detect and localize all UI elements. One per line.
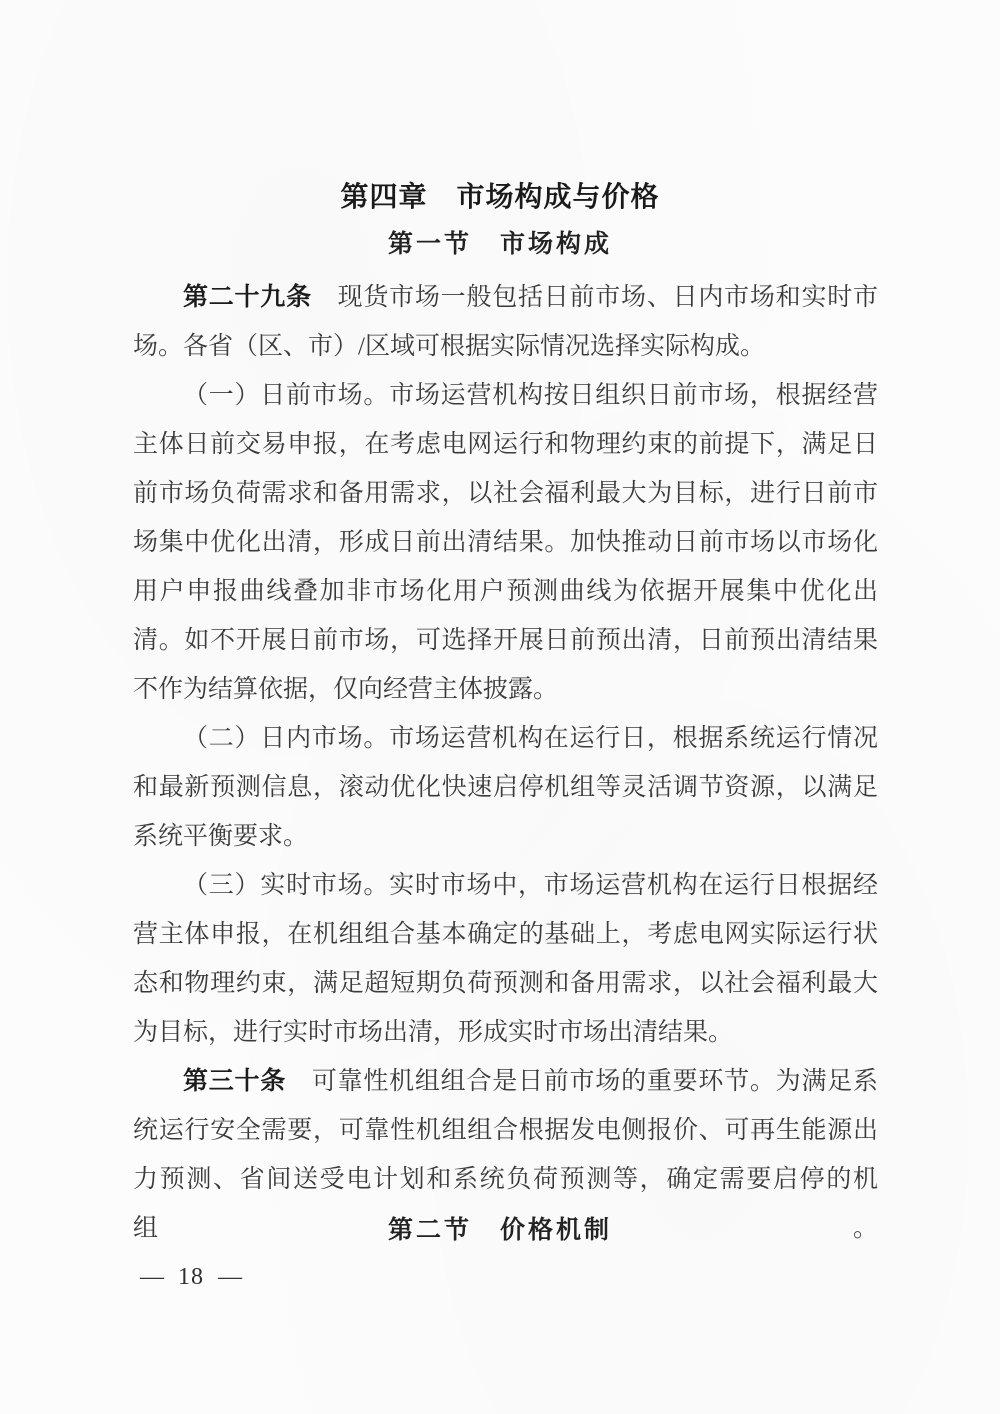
text-line: 第二十九条 现货市场一般包括日前市场、日内市场和实时市 [133,273,878,322]
text-line: 为目标，进行实时市场出清，形成实时市场出清结果。 [133,1008,878,1057]
body-text: 第二十九条 现货市场一般包括日前市场、日内市场和实时市场。各省（区、市）/区域可… [133,273,878,1204]
text-line: 力预测、省间送受电计划和系统负荷预测等，确定需要启停的机组。 [133,1155,878,1204]
text-line: 营主体申报，在机组组合基本确定的基础上，考虑电网实际运行状 [133,910,878,959]
text-line: 系统平衡要求。 [133,812,878,861]
text-line: （三）实时市场。实时市场中，市场运营机构在运行日根据经 [133,861,878,910]
text-line: 第三十条 可靠性机组组合是日前市场的重要环节。为满足系 [133,1057,878,1106]
article-number: 第三十条 [183,1068,286,1095]
text-line: 主体日前交易申报，在考虑电网运行和物理约束的前提下，满足日 [133,420,878,469]
page-number-value: 18 [178,1262,204,1292]
page-number: —18— [140,1262,242,1292]
article-number: 第二十九条 [183,284,312,311]
text-line: （一）日前市场。市场运营机构按日组织日前市场，根据经营 [133,371,878,420]
text-line: 前市场负荷需求和备用需求，以社会福利最大为目标，进行日前市 [133,469,878,518]
text-line: 场。各省（区、市）/区域可根据实际情况选择实际构成。 [133,322,878,371]
text-line: 态和物理约束，满足超短期负荷预测和备用需求，以社会福利最大 [133,959,878,1008]
text-line: 清。如不开展日前市场，可选择开展日前预出清，日前预出清结果 [133,616,878,665]
section-heading-market-composition: 第一节 市场构成 [0,228,1000,262]
text-line: 和最新预测信息，滚动优化快速启停机组等灵活调节资源，以满足 [133,763,878,812]
text-line: （二）日内市场。市场运营机构在运行日，根据系统运行情况 [133,714,878,763]
text-line: 场集中优化出清，形成日前出清结果。加快推动日前市场以市场化 [133,518,878,567]
document-page: 第四章 市场构成与价格 第一节 市场构成 第二十九条 现货市场一般包括日前市场、… [0,0,1000,1414]
text-line: 不作为结算依据，仅向经营主体披露。 [133,665,878,714]
text-line: 统运行安全需要，可靠性机组组合根据发电侧报价、可再生能源出 [133,1106,878,1155]
section-heading-price-mechanism: 第二节 价格机制 [0,1214,1000,1248]
chapter-heading: 第四章 市场构成与价格 [0,178,1000,216]
page-number-dash-right: — [218,1262,242,1292]
text-line: 用户申报曲线叠加非市场化用户预测曲线为依据开展集中优化出 [133,567,878,616]
page-number-dash-left: — [140,1262,164,1292]
